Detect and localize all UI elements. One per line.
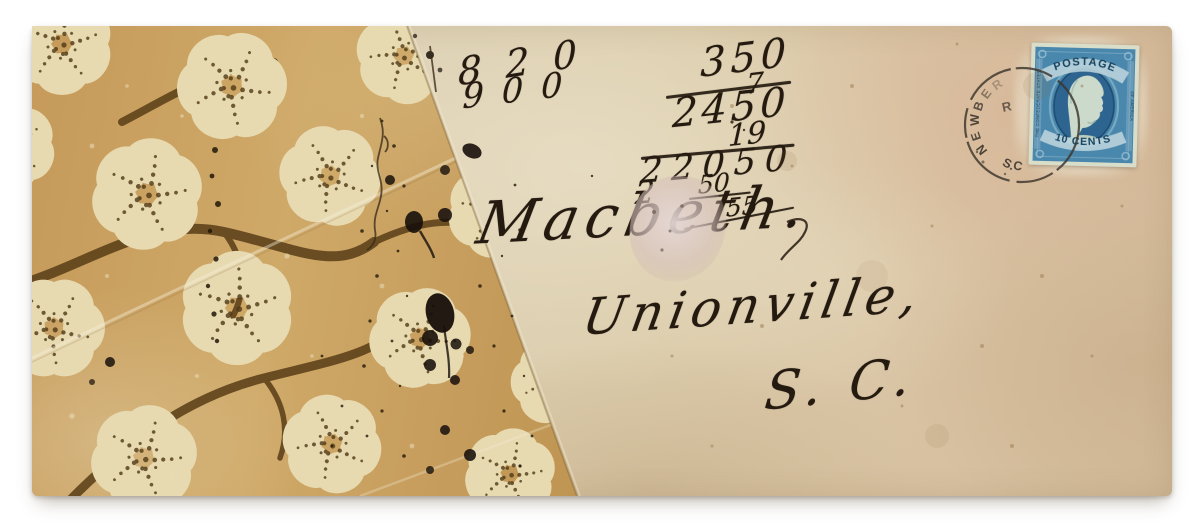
postmark-state-letter: C <box>1012 158 1024 174</box>
postmark-letter: B <box>971 100 987 113</box>
postmark-letter: E <box>978 86 994 101</box>
photo-background: THE CONFEDERATE STATES OF AMERICA POSTAG… <box>0 0 1200 531</box>
postmark-letter: W <box>968 114 982 126</box>
address-line-town: Unionville, <box>579 268 927 342</box>
postmark-letter: R <box>989 76 1005 93</box>
postmark-date-mark: R <box>1001 98 1014 115</box>
address-line-state: S. C. <box>762 350 918 419</box>
postmark: N E W B E R S. C R <box>957 62 1089 194</box>
postmark-letter: E <box>968 130 984 142</box>
stamp-right-inscription: OF AMERICA <box>1129 91 1135 121</box>
envelope: THE CONFEDERATE STATES OF AMERICA POSTAG… <box>32 26 1172 496</box>
postmark-letter: N <box>973 142 990 158</box>
